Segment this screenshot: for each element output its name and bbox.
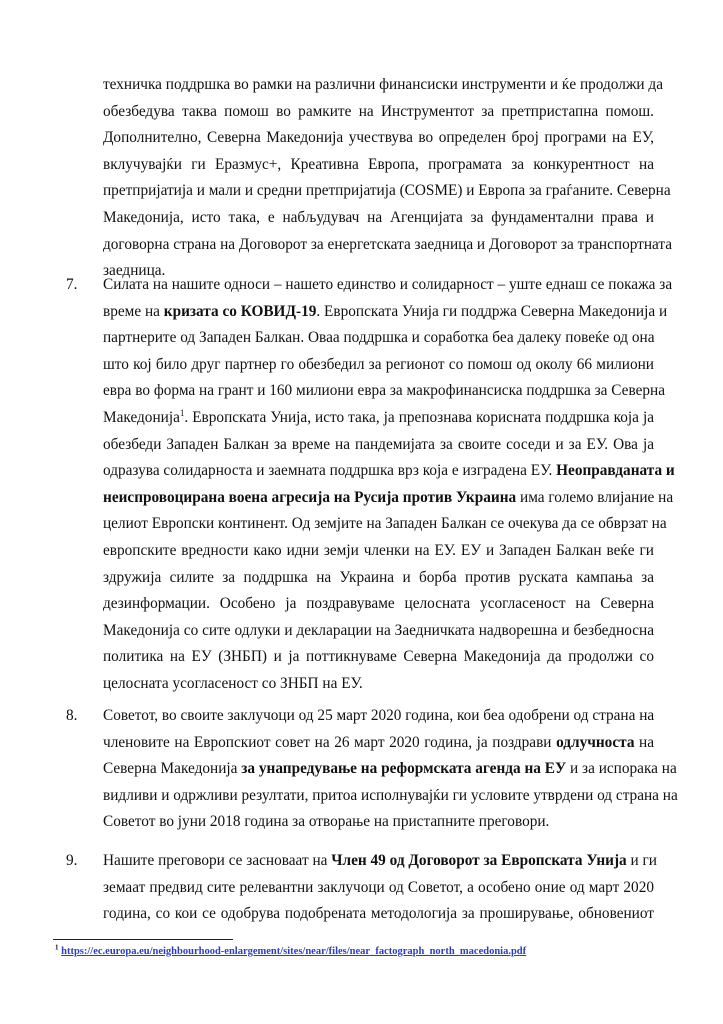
text-line: претпријатија и мали и средни претпријат… (103, 178, 654, 205)
text-run: на (634, 734, 654, 751)
text-line: неиспровоцирана воена агресија на Русија… (103, 485, 654, 512)
text-run: и ги (627, 852, 657, 869)
text-line: договорна страна на Договорот за енергет… (103, 232, 654, 259)
bold-text: неиспровоцирана воена агресија на Русија… (103, 489, 516, 506)
paragraph-item-9: Нашите преговори се засноваат на Член 49… (103, 848, 654, 928)
text-line: Македонија1. Европската Унија, исто така… (103, 405, 654, 432)
text-line: Дополнително, Северна Македонија учеству… (103, 125, 654, 152)
text-line: Северна Македонија за унапредување на ре… (103, 756, 654, 783)
text-line: Македонија, исто така, е набљудувач на А… (103, 205, 654, 232)
text-line: вклучувајќи ги Еразмус+, Креативна Европ… (103, 152, 654, 179)
text-line: обезбеди Западен Балкан за време на панд… (103, 432, 654, 459)
document-page: техничка поддршка во рамки на различни ф… (0, 0, 723, 1024)
text-line: политика на ЕУ (ЗНБП) и ја поттикнуваме … (103, 644, 654, 671)
text-line: Советот во јуни 2018 година за отворање … (103, 809, 654, 836)
paragraph-item-7: Силата на нашите односи – нашето единств… (103, 272, 654, 698)
footnote-separator (53, 939, 233, 940)
text-line: европските вредности како идни земји чле… (103, 538, 654, 565)
paragraph-continuation: техничка поддршка во рамки на различни ф… (103, 72, 654, 285)
text-run: Македонија (103, 409, 180, 426)
text-run: одразува солидарноста и заемната поддршк… (103, 462, 556, 479)
text-line: евра во форма на грант и 160 милиони евр… (103, 378, 654, 405)
bold-text: Член 49 од Договорот за Европската Унија (331, 852, 626, 869)
footnote: 1 https://ec.europa.eu/neighbourhood-enl… (55, 945, 526, 959)
text-line: земаат предвид сите релевантни заклучоци… (103, 875, 654, 902)
bold-text: Неоправданата и (556, 462, 675, 479)
text-run: има големо влијание на (516, 489, 673, 506)
text-line: година, со кои се одобрува подобрената м… (103, 901, 654, 928)
text-line: партнерите од Западен Балкан. Оваа поддр… (103, 325, 654, 352)
item-number-7: 7. (66, 272, 77, 299)
bold-text: одлучноста (556, 734, 634, 751)
text-line: целосната усогласеност со ЗНБП на ЕУ. (103, 671, 654, 698)
text-line: целиот Европски континент. Од земјите на… (103, 511, 654, 538)
text-run: членовите на Европскиот совет на 26 март… (103, 734, 556, 751)
text-run: Нашите преговори се засноваат на (103, 852, 331, 869)
text-line: одразува солидарноста и заемната поддршк… (103, 458, 654, 485)
item-number-9: 9. (66, 848, 77, 875)
text-line: што кој било друг партнер го обезбедил з… (103, 352, 654, 379)
text-line: Силата на нашите односи – нашето единств… (103, 272, 654, 299)
text-line: Советот, во своите заклучоци од 25 март … (103, 703, 654, 730)
text-line: видливи и одржливи резултати, притоа исп… (103, 783, 654, 810)
text-line: време на кризата со КОВИД-19. Европската… (103, 299, 654, 326)
text-line: дезинформации. Особено ја поздравуваме ц… (103, 591, 654, 618)
text-run: . Европската Унија, исто така, ја препоз… (184, 409, 654, 426)
item-number-8: 8. (66, 703, 77, 730)
footnote-marker: 1 (55, 944, 59, 952)
paragraph-item-8: Советот, во своите заклучоци од 25 март … (103, 703, 654, 836)
text-line: обезбедува таква помош во рамките на Инс… (103, 99, 654, 126)
text-line: здружија силите за поддршка на Украина и… (103, 565, 654, 592)
bold-text: кризата со КОВИД-19 (164, 303, 317, 320)
text-line: Македонија со сите одлуки и декларации н… (103, 618, 654, 645)
text-line: членовите на Европскиот совет на 26 март… (103, 730, 654, 757)
text-run: Северна Македонија (103, 760, 241, 777)
footnote-link[interactable]: https://ec.europa.eu/neighbourhood-enlar… (61, 946, 526, 957)
text-run: и за испорака на (566, 760, 677, 777)
text-run: . Европската Унија ги поддржа Северна Ма… (316, 303, 667, 320)
text-line: Нашите преговори се засноваат на Член 49… (103, 848, 654, 875)
text-line: техничка поддршка во рамки на различни ф… (103, 72, 654, 99)
bold-text: за унапредување на реформската агенда на… (241, 760, 566, 777)
text-run: време на (103, 303, 164, 320)
